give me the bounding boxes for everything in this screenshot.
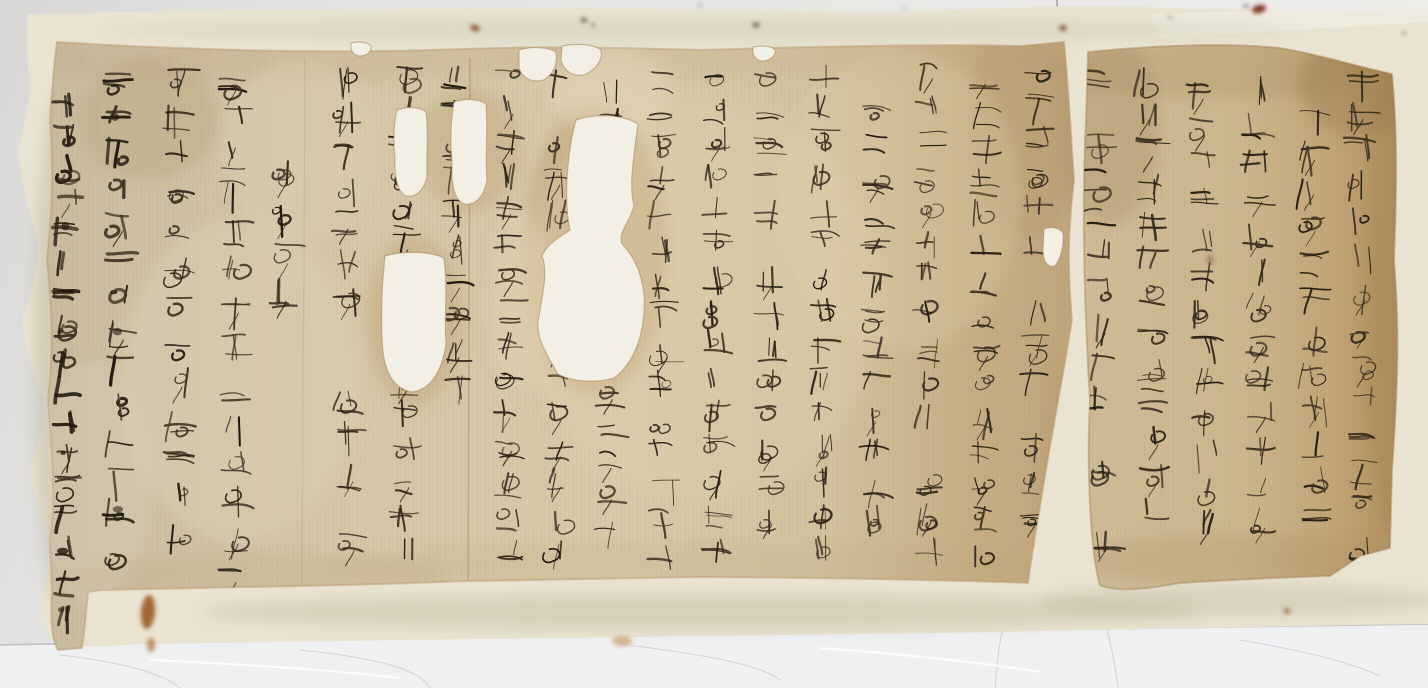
tear-patch [382,252,446,392]
manuscript-photograph: Photograph of a damaged handwritten East… [0,0,1428,688]
tear-patch [451,100,487,205]
photo-canvas [0,0,1428,688]
tear-nick [351,42,371,56]
tear-patch [394,108,427,197]
